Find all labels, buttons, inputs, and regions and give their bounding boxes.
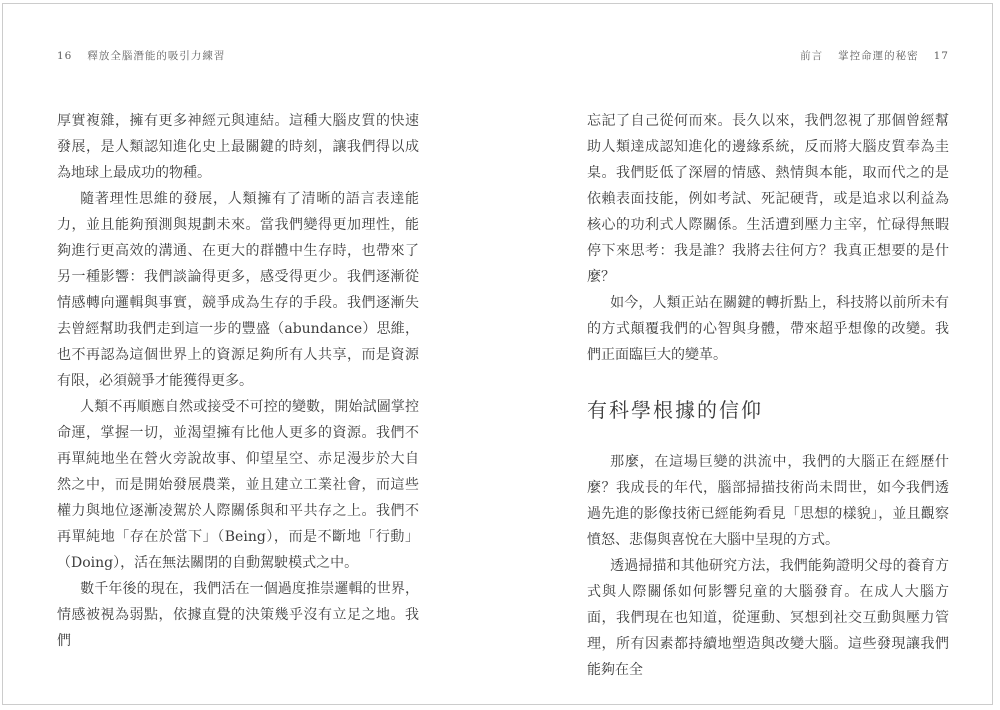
book-title: 釋放全腦潛能的吸引力練習 — [87, 50, 225, 62]
paragraph: 那麼，在這場巨變的洪流中，我們的大腦正在經歷什麼？我成長的年代，腦部掃描技術尚未… — [587, 449, 949, 553]
section-heading: 有科學根據的信仰 — [587, 395, 949, 425]
right-page: 前言掌控命運的秘密17 忘記了自己從何而來。長久以來，我們忽視了那個曾經幫助人類… — [587, 48, 949, 683]
right-page-number: 17 — [934, 50, 949, 62]
right-running-head: 前言掌控命運的秘密17 — [587, 48, 949, 64]
book-spread: 16釋放全腦潛能的吸引力練習 厚實複雜，擁有更多神經元與連結。這種大腦皮質的快速… — [0, 0, 1000, 710]
chapter-label: 前言 — [800, 50, 823, 62]
right-body-text: 忘記了自己從何而來。長久以來，我們忽視了那個曾經幫助人類達成認知進化的邊緣系統，… — [587, 108, 949, 683]
paragraph: 透過掃描和其他研究方法，我們能夠證明父母的養育方式與人際關係如何影響兒童的大腦發… — [587, 553, 949, 683]
left-body-text: 厚實複雜，擁有更多神經元與連結。這種大腦皮質的快速發展，是人類認知進化史上最關鍵… — [57, 108, 419, 654]
chapter-title: 掌控命運的秘密 — [838, 50, 919, 62]
paragraph: 忘記了自己從何而來。長久以來，我們忽視了那個曾經幫助人類達成認知進化的邊緣系統，… — [587, 108, 949, 290]
left-running-head: 16釋放全腦潛能的吸引力練習 — [57, 48, 419, 64]
paragraph: 人類不再順應自然或接受不可控的變數，開始試圖掌控命運，掌握一切，並渴望擁有比他人… — [57, 394, 419, 576]
paragraph: 數千年後的現在，我們活在一個過度推崇邏輯的世界，情感被視為弱點，依據直覺的決策幾… — [57, 576, 419, 654]
paragraph: 如今，人類正站在關鍵的轉折點上，科技將以前所未有的方式顛覆我們的心智與身體，帶來… — [587, 290, 949, 368]
paragraph: 厚實複雜，擁有更多神經元與連結。這種大腦皮質的快速發展，是人類認知進化史上最關鍵… — [57, 108, 419, 186]
left-page-number: 16 — [57, 50, 72, 62]
paragraph: 隨著理性思維的發展，人類擁有了清晰的語言表達能力，並且能夠預測與規劃未來。當我們… — [57, 186, 419, 394]
left-page: 16釋放全腦潛能的吸引力練習 厚實複雜，擁有更多神經元與連結。這種大腦皮質的快速… — [57, 48, 419, 654]
